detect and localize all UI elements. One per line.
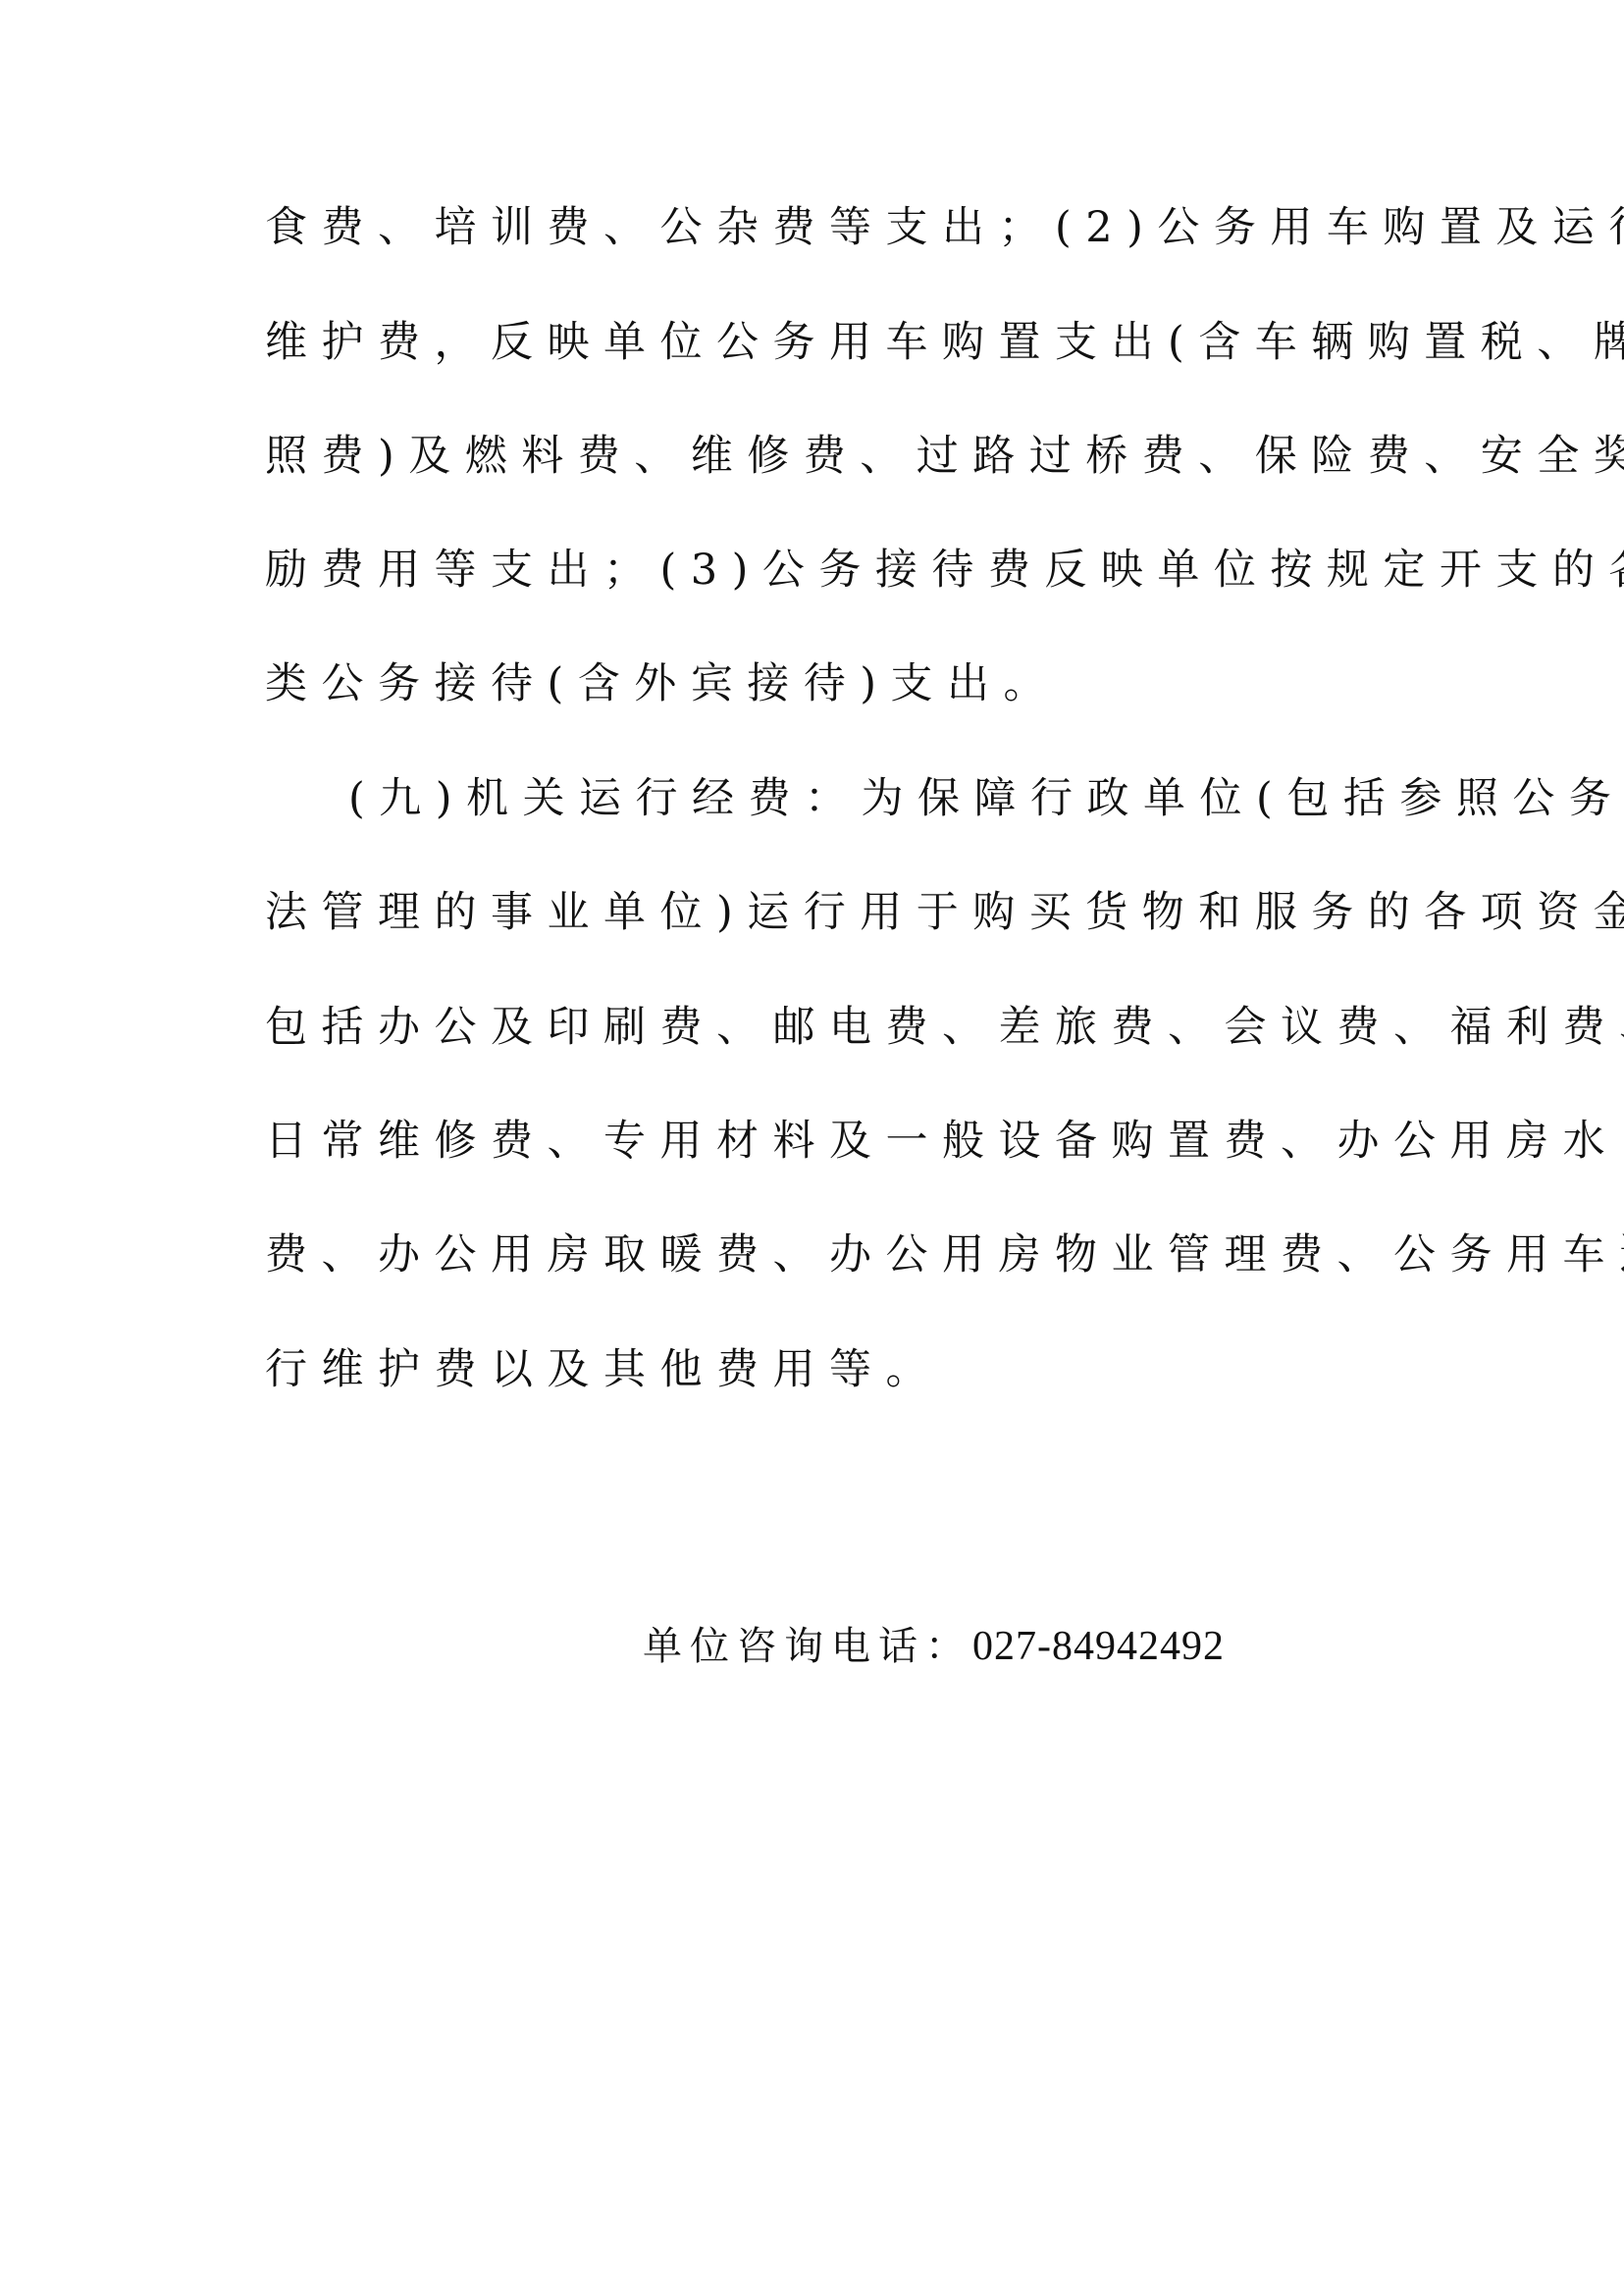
text-line: 包括办公及印刷费、邮电费、差旅费、会议费、福利费、 [265, 998, 1364, 1057]
text-line: 法管理的事业单位)运行用于购买货物和服务的各项资金， [265, 883, 1364, 942]
text-line: 维护费，反映单位公务用车购置支出(含车辆购置税、牌 [265, 313, 1364, 372]
contact-info: 单位咨询电话：027-84942492 [643, 1619, 1225, 1674]
text-line: 费、办公用房取暖费、办公用房物业管理费、公务用车运 [265, 1226, 1364, 1284]
text-line: 励费用等支出；(3)公务接待费反映单位按规定开支的各 [265, 541, 1364, 600]
text-line-indented: (九)机关运行经费：为保障行政单位(包括参照公务员 [348, 769, 1447, 828]
text-line: 食费、培训费、公杂费等支出；(2)公务用车购置及运行 [265, 198, 1364, 257]
text-line: 类公务接待(含外宾接待)支出。 [265, 654, 1364, 713]
text-line: 照费)及燃料费、维修费、过路过桥费、保险费、安全奖 [265, 427, 1364, 486]
text-line: 日常维修费、专用材料及一般设备购置费、办公用房水电 [265, 1112, 1364, 1171]
contact-label: 单位咨询电话： [643, 1624, 972, 1669]
text-line: 行维护费以及其他费用等。 [265, 1340, 1364, 1399]
contact-phone: 027-84942492 [972, 1624, 1225, 1669]
document-page: 食费、培训费、公杂费等支出；(2)公务用车购置及运行 维护费，反映单位公务用车购… [0, 0, 1624, 2296]
